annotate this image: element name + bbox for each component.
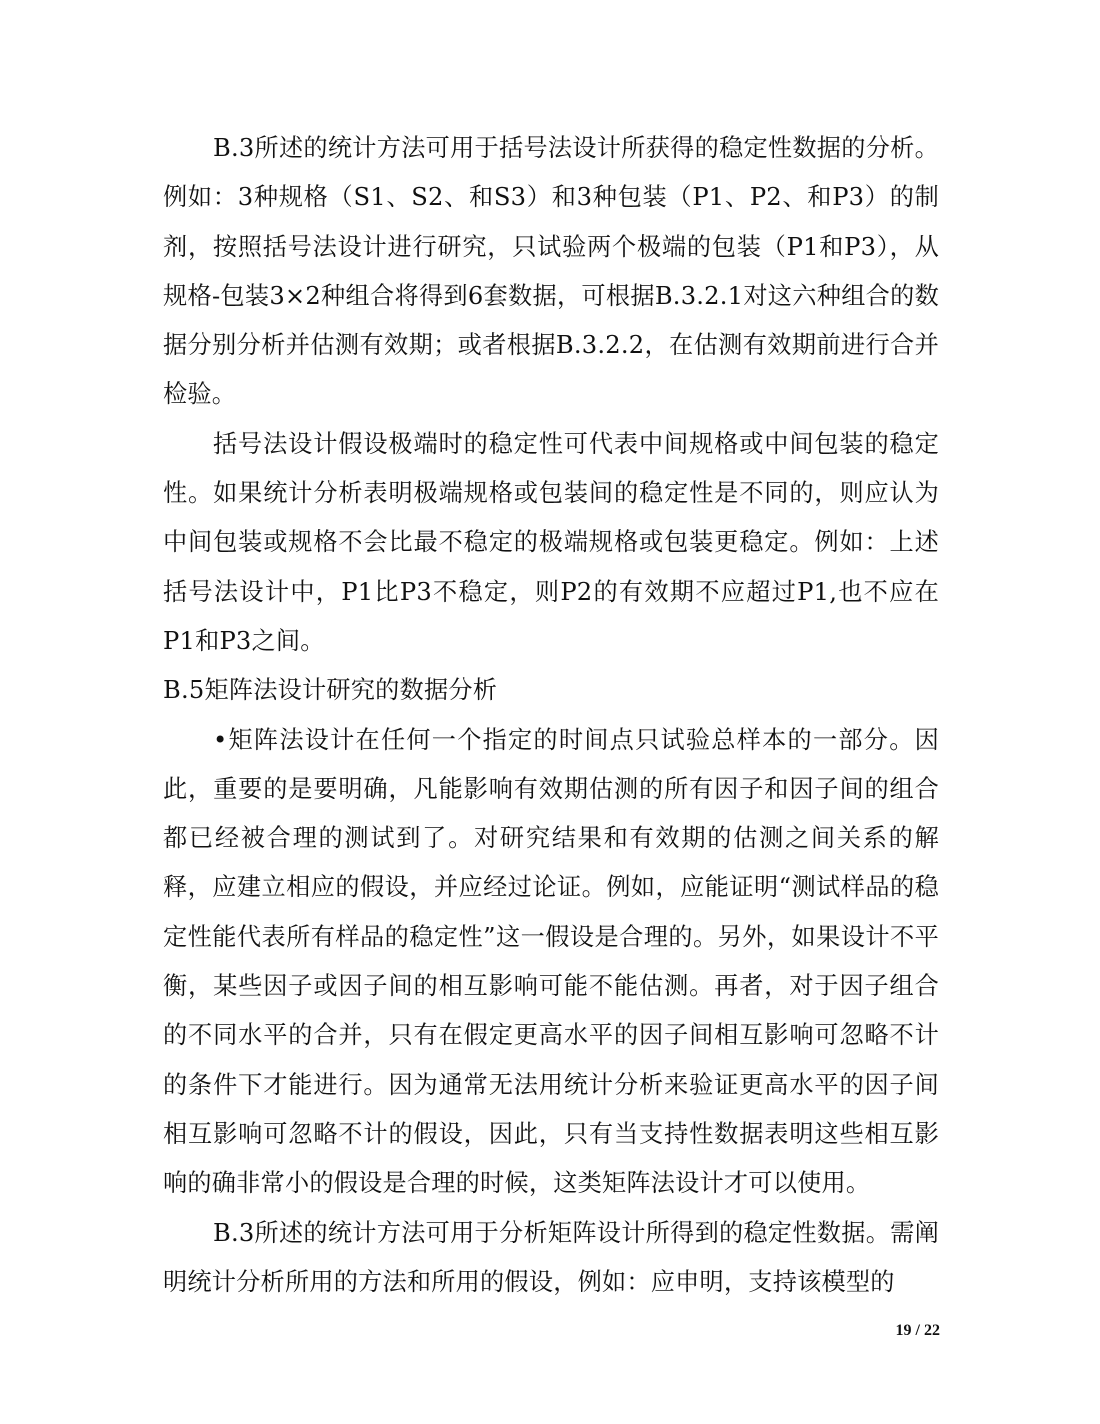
document-body: B.3所述的统计方法可用于括号法设计所获得的稳定性数据的分析。例如：3种规格（S… xyxy=(163,124,939,1307)
paragraph-bracketing-assumption: 括号法设计假设极端时的稳定性可代表中间规格或中间包装的稳定性。如果统计分析表明极… xyxy=(163,420,939,666)
paragraph-matrixing-design: •矩阵法设计在任何一个指定的时间点只试验总样本的一部分。因此，重要的是要明确，凡… xyxy=(163,716,939,1209)
section-heading-b5: B.5矩阵法设计研究的数据分析 xyxy=(163,666,939,715)
paragraph-bracketing-statistics: B.3所述的统计方法可用于括号法设计所获得的稳定性数据的分析。例如：3种规格（S… xyxy=(163,124,939,420)
paragraph-matrixing-statistics: B.3所述的统计方法可用于分析矩阵设计所得到的稳定性数据。需阐明统计分析所用的方… xyxy=(163,1209,939,1308)
page-number: 19 / 22 xyxy=(890,1322,940,1340)
